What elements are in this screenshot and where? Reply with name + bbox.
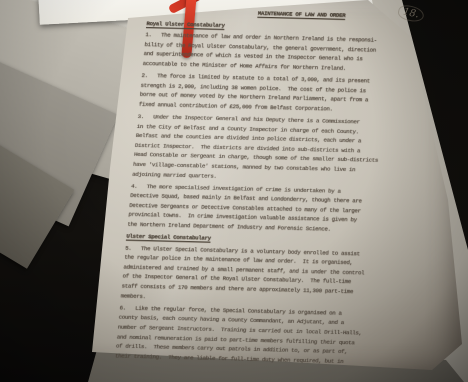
paragraph-2: 2. The force is limited by statute to a … xyxy=(138,71,392,115)
paragraph-1: 1. The maintenance of law and order in N… xyxy=(142,30,396,74)
paragraph-3: 3. Under the Inspector General and his D… xyxy=(132,112,388,185)
photo-of-typed-document: 18. MAINTENANCE OF LAW AND ORDER Royal U… xyxy=(0,0,468,382)
paragraph-5: 5. The Ulster Special Constabulary is a … xyxy=(120,243,375,307)
paragraph-6: 6. Like the regular force, the Special C… xyxy=(114,303,369,367)
paragraph-4: 4. The more specialised investigation of… xyxy=(127,181,381,235)
typed-text-block: MAINTENANCE OF LAW AND ORDER Royal Ulste… xyxy=(114,6,398,369)
